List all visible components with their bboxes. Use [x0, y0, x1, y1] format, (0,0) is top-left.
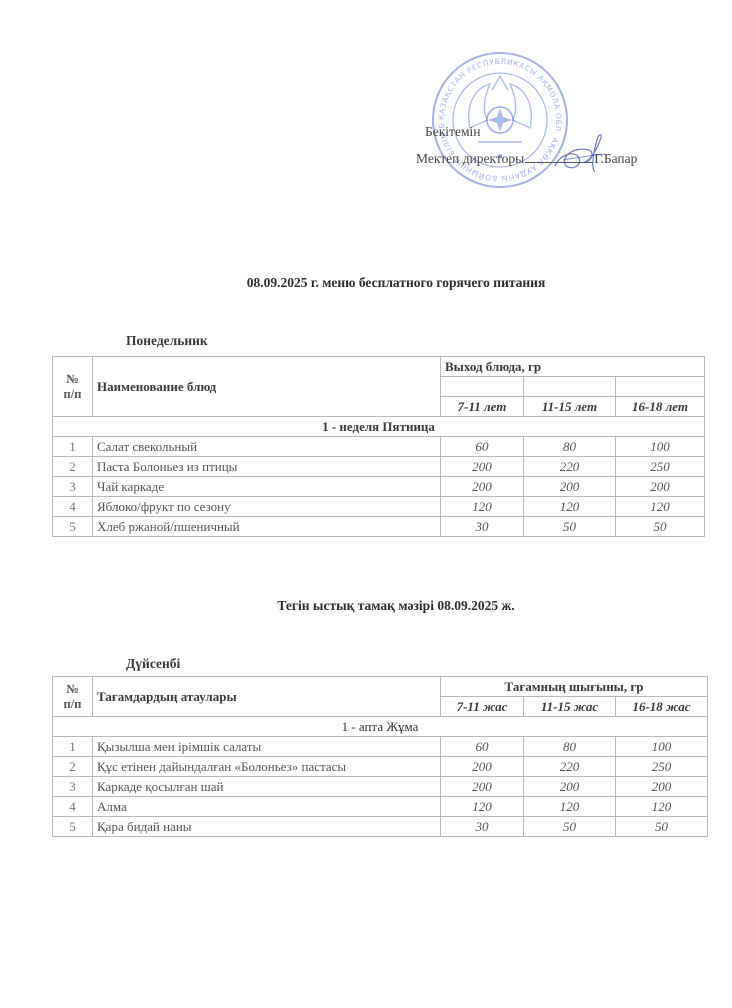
- approval-label: Бекітемін: [425, 124, 480, 140]
- dish-name: Чай каркаде: [93, 477, 441, 497]
- portion-value: 60: [441, 737, 524, 757]
- table-row: 3Чай каркаде200200200: [53, 477, 705, 497]
- portion-value: 120: [524, 497, 616, 517]
- portion-value: 200: [524, 777, 616, 797]
- table-row: 2Паста Болоньез из птицы200220250: [53, 457, 705, 477]
- portion-value: 50: [616, 817, 708, 837]
- col-header-dish: Тағамдардың атаулары: [93, 677, 441, 717]
- table-row: 4Яблоко/фрукт по сезону120120120: [53, 497, 705, 517]
- portion-value: 200: [616, 777, 708, 797]
- portion-value: 200: [441, 477, 524, 497]
- signature-icon: [545, 128, 625, 178]
- dish-name: Каркаде қосылған шай: [93, 777, 441, 797]
- week-row: 1 - апта Жұма: [53, 717, 708, 737]
- col-header-number: №п/п: [53, 677, 93, 717]
- row-number: 2: [53, 457, 93, 477]
- table-row: 5Қара бидай наны305050: [53, 817, 708, 837]
- empty-cell: [524, 377, 616, 397]
- portion-value: 80: [524, 437, 616, 457]
- dish-name: Алма: [93, 797, 441, 817]
- portion-value: 100: [616, 737, 708, 757]
- portion-value: 30: [441, 817, 524, 837]
- portion-value: 50: [524, 817, 616, 837]
- portion-value: 220: [524, 457, 616, 477]
- table-row: 3Каркаде қосылған шай200200200: [53, 777, 708, 797]
- row-number: 2: [53, 757, 93, 777]
- day-label-ru: Понедельник: [126, 333, 208, 349]
- col-header-number: №п/п: [53, 357, 93, 417]
- row-number: 5: [53, 817, 93, 837]
- col-header-yield: Выход блюда, гр: [441, 357, 705, 377]
- dish-name: Хлеб ржаной/пшеничный: [93, 517, 441, 537]
- row-number: 3: [53, 477, 93, 497]
- age-group-header: 7-11 лет: [441, 397, 524, 417]
- portion-value: 120: [441, 797, 524, 817]
- portion-value: 120: [441, 497, 524, 517]
- dish-name: Қара бидай наны: [93, 817, 441, 837]
- portion-value: 120: [524, 797, 616, 817]
- dish-name: Яблоко/фрукт по сезону: [93, 497, 441, 517]
- table-row: 5Хлеб ржаной/пшеничный305050: [53, 517, 705, 537]
- row-number: 3: [53, 777, 93, 797]
- row-number: 4: [53, 797, 93, 817]
- portion-value: 200: [441, 457, 524, 477]
- menu-title-kz: Тегін ыстық тамақ мәзірі 08.09.2025 ж.: [30, 598, 732, 614]
- age-group-header: 16-18 лет: [616, 397, 705, 417]
- col-header-yield: Тағамның шығыны, гр: [441, 677, 708, 697]
- portion-value: 120: [616, 797, 708, 817]
- age-group-header: 16-18 жас: [616, 697, 708, 717]
- table-row: 1Қызылша мен ірімшік салаты6080100: [53, 737, 708, 757]
- portion-value: 200: [616, 477, 705, 497]
- portion-value: 250: [616, 457, 705, 477]
- portion-value: 60: [441, 437, 524, 457]
- menu-title-ru: 08.09.2025 г. меню бесплатного горячего …: [30, 275, 732, 291]
- table-body-ru: 1Салат свекольный60801002Паста Болоньез …: [53, 437, 705, 537]
- age-group-header: 7-11 жас: [441, 697, 524, 717]
- dish-name: Салат свекольный: [93, 437, 441, 457]
- table-row: 4Алма120120120: [53, 797, 708, 817]
- portion-value: 200: [441, 777, 524, 797]
- menu-table-ru: №п/п Наименование блюд Выход блюда, гр 7…: [52, 356, 705, 537]
- portion-value: 30: [441, 517, 524, 537]
- dish-name: Қызылша мен ірімшік салаты: [93, 737, 441, 757]
- portion-value: 50: [524, 517, 616, 537]
- table-row: 2Құс етінен дайындалған «Болоньез» паста…: [53, 757, 708, 777]
- row-number: 1: [53, 737, 93, 757]
- portion-value: 120: [616, 497, 705, 517]
- row-number: 4: [53, 497, 93, 517]
- day-label-kz: Дүйсенбі: [126, 656, 180, 672]
- empty-cell: [616, 377, 705, 397]
- director-title: Мектеп директоры: [416, 151, 524, 166]
- empty-cell: [441, 377, 524, 397]
- portion-value: 100: [616, 437, 705, 457]
- row-number: 5: [53, 517, 93, 537]
- dish-name: Құс етінен дайындалған «Болоньез» пастас…: [93, 757, 441, 777]
- portion-value: 250: [616, 757, 708, 777]
- portion-value: 200: [441, 757, 524, 777]
- col-header-dish: Наименование блюд: [93, 357, 441, 417]
- row-number: 1: [53, 437, 93, 457]
- table-row: 1Салат свекольный6080100: [53, 437, 705, 457]
- table-body-kz: 1Қызылша мен ірімшік салаты60801002Құс е…: [53, 737, 708, 837]
- menu-table-kz: №п/п Тағамдардың атаулары Тағамның шығын…: [52, 676, 708, 837]
- week-row: 1 - неделя Пятница: [53, 417, 705, 437]
- portion-value: 200: [524, 477, 616, 497]
- portion-value: 50: [616, 517, 705, 537]
- portion-value: 220: [524, 757, 616, 777]
- age-group-header: 11-15 жас: [524, 697, 616, 717]
- age-group-header: 11-15 лет: [524, 397, 616, 417]
- dish-name: Паста Болоньез из птицы: [93, 457, 441, 477]
- portion-value: 80: [524, 737, 616, 757]
